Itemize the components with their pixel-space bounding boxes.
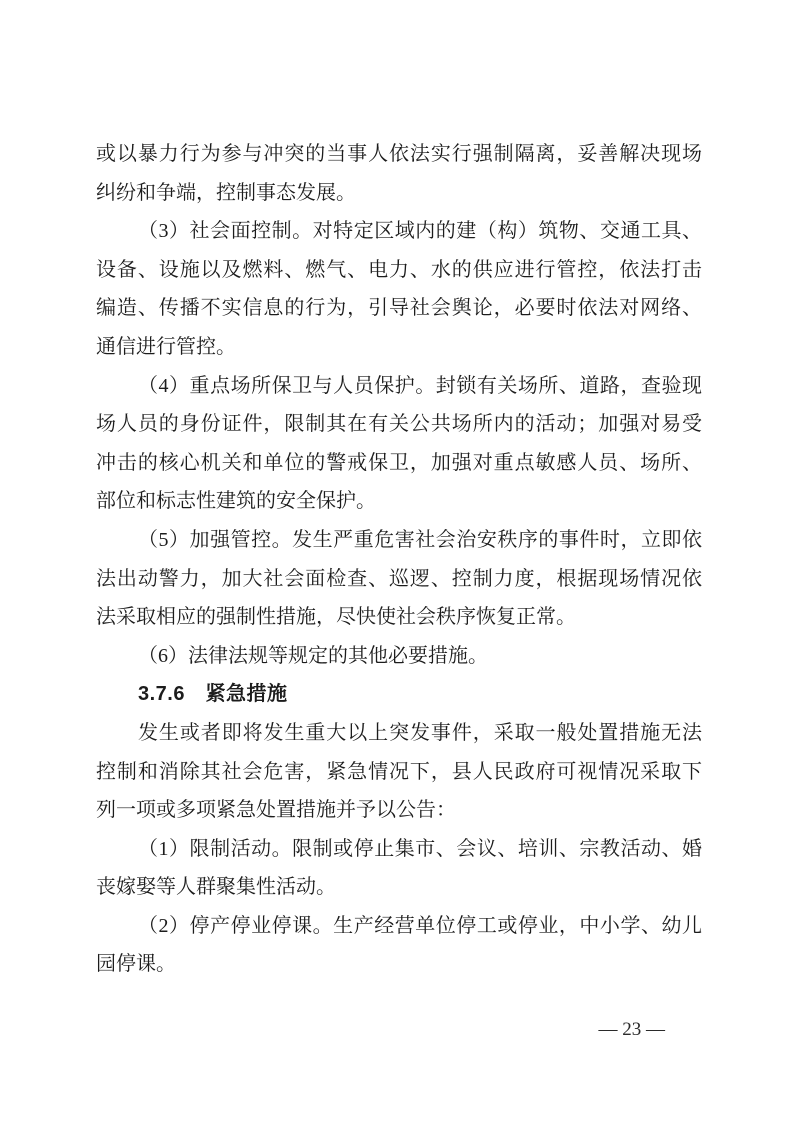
- text-line: （2）停产停业停课。生产经营单位停工或停业，中小学、幼儿: [96, 907, 702, 946]
- text-line: 设备、设施以及燃料、燃气、电力、水的供应进行管控，依法打击: [96, 251, 702, 290]
- text-line: 丧嫁娶等人群聚集性活动。: [96, 868, 702, 907]
- text-line: 通信进行管控。: [96, 328, 702, 367]
- text-line: （5）加强管控。发生严重危害社会治安秩序的事件时，立即依: [96, 521, 702, 560]
- text-line: 控制和消除其社会危害，紧急情况下，县人民政府可视情况采取下: [96, 753, 702, 792]
- document-page: 或以暴力行为参与冲突的当事人依法实行强制隔离，妥善解决现场 纠纷和争端，控制事态…: [0, 0, 793, 1122]
- text-line: 纠纷和争端，控制事态发展。: [96, 174, 702, 213]
- text-line: 列一项或多项紧急处置措施并予以公告：: [96, 791, 702, 830]
- page-number: — 23 —: [599, 1019, 666, 1041]
- text-line: 场人员的身份证件，限制其在有关公共场所内的活动；加强对易受: [96, 405, 702, 444]
- text-line: 法出动警力，加大社会面检查、巡逻、控制力度，根据现场情况依: [96, 560, 702, 599]
- text-line: 冲击的核心机关和单位的警戒保卫，加强对重点敏感人员、场所、: [96, 444, 702, 483]
- section-heading: 3.7.6 紧急措施: [96, 675, 702, 714]
- text-line: 园停课。: [96, 945, 702, 984]
- text-line: 法采取相应的强制性措施，尽快使社会秩序恢复正常。: [96, 598, 702, 637]
- text-line: （3）社会面控制。对特定区域内的建（构）筑物、交通工具、: [96, 212, 702, 251]
- text-line: 部位和标志性建筑的安全保护。: [96, 482, 702, 521]
- document-body: 或以暴力行为参与冲突的当事人依法实行强制隔离，妥善解决现场 纠纷和争端，控制事态…: [96, 135, 702, 984]
- text-line: 编造、传播不实信息的行为，引导社会舆论，必要时依法对网络、: [96, 289, 702, 328]
- text-line: 或以暴力行为参与冲突的当事人依法实行强制隔离，妥善解决现场: [96, 135, 702, 174]
- text-line: （6）法律法规等规定的其他必要措施。: [96, 637, 702, 676]
- text-line: （1）限制活动。限制或停止集市、会议、培训、宗教活动、婚: [96, 830, 702, 869]
- text-line: （4）重点场所保卫与人员保护。封锁有关场所、道路，查验现: [96, 367, 702, 406]
- text-line: 发生或者即将发生重大以上突发事件，采取一般处置措施无法: [96, 714, 702, 753]
